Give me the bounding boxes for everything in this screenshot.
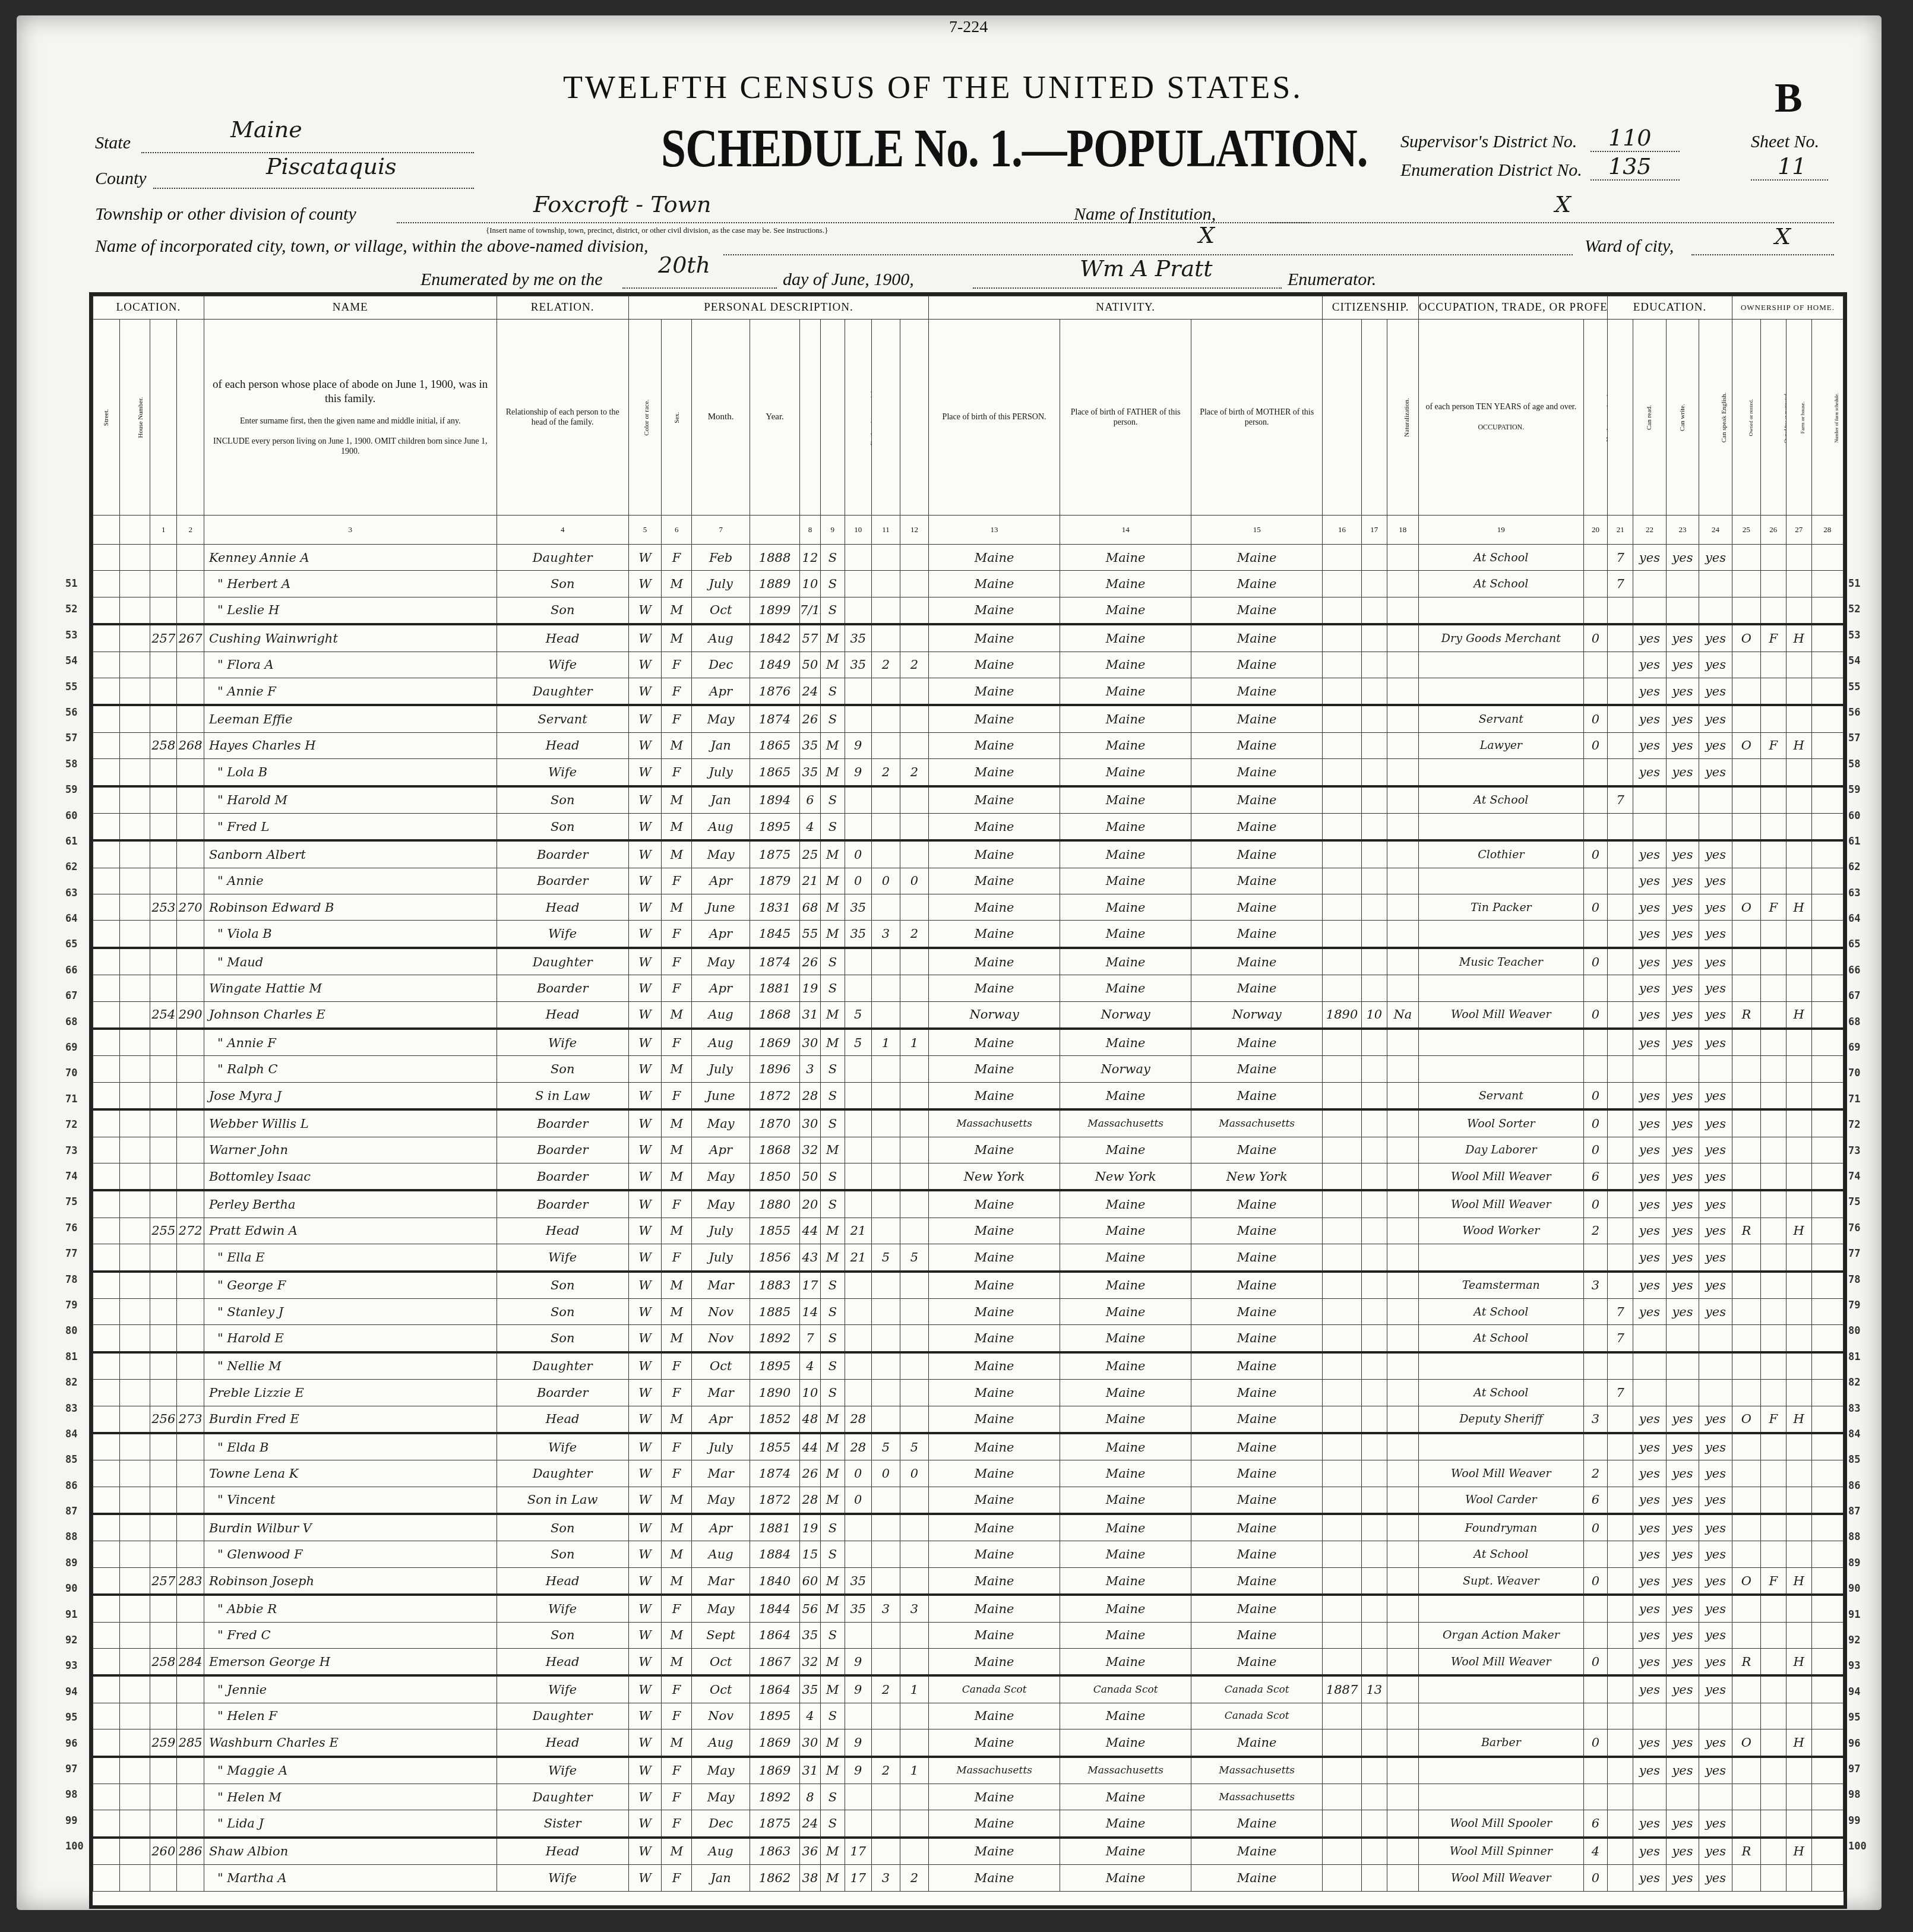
cell-own [1732,868,1760,894]
cell-ym: 0 [845,868,871,894]
line-number: 87 [1848,1499,1867,1525]
cell-nat [1387,1380,1418,1406]
cell-unemp [1583,1298,1607,1324]
cell-free [1760,1109,1786,1137]
day-line [622,287,777,289]
cell-nat [1387,1838,1418,1865]
cell-farm [1786,1622,1811,1648]
cell-farm [1786,678,1811,705]
cell-farm: H [1786,1649,1811,1676]
cell-bp: Maine [929,652,1060,678]
cell-bm: Maine [1191,786,1323,814]
cell-free [1760,1757,1786,1784]
cell-school [1608,652,1633,678]
cell-speak: yes [1699,705,1732,732]
cell-dwelling [150,1810,176,1838]
cell-sched [1811,1433,1843,1460]
cell-month: Aug [691,813,750,840]
cell-month: Aug [691,624,750,652]
line-number: 52 [65,597,84,622]
cell-year: 1863 [750,1838,799,1865]
cell-school [1608,1109,1633,1137]
table-row: Bottomley IsaacBoarderWMMay185050SNew Yo… [93,1163,1844,1190]
right-line-numbers: 5152535455565758596061626364656667686970… [1848,571,1867,1860]
cell-write: yes [1666,1137,1699,1163]
cell-living [900,1352,928,1380]
line-number: 89 [65,1551,84,1576]
cell-marital: M [821,1567,845,1595]
cell-marital: M [821,1757,845,1784]
cell-house [120,759,150,786]
cell-year: 1849 [750,652,799,678]
cell-color: W [628,1703,662,1729]
cell-nat [1387,705,1418,732]
cell-yrs [1361,840,1387,868]
cell-write: yes [1666,652,1699,678]
cell-school [1608,759,1633,786]
cell-sched [1811,652,1843,678]
cell-dwelling [150,545,176,571]
cell-house [120,1487,150,1514]
cell-street [93,678,120,705]
cell-bf: Maine [1060,1433,1191,1460]
cell-farm [1786,1810,1811,1838]
cell-bm: Maine [1191,894,1323,921]
cell-marital: S [821,1298,845,1324]
cell-imm [1323,1460,1362,1487]
cell-farm [1786,571,1811,597]
family-col: Number of family, in the order of visita… [177,320,204,516]
year-col: Year. [750,320,799,516]
cell-read: yes [1633,1595,1667,1622]
cell-school [1608,1810,1633,1838]
cell-imm [1323,1838,1362,1865]
cell-bp: Maine [929,759,1060,786]
cell-write: yes [1666,1567,1699,1595]
cell-bp: Maine [929,1622,1060,1648]
cell-sex: F [662,948,692,975]
cell-living: 3 [900,1595,928,1622]
cell-farm [1786,1460,1811,1487]
table-row: " Fred CSonWMSept186435SMaineMaineMaineO… [93,1622,1844,1648]
cell-farm [1786,1298,1811,1324]
state-value: Maine [230,116,302,143]
cell-free [1760,1001,1786,1029]
cell-name: " Helen F [204,1703,497,1729]
cell-dwelling [150,652,176,678]
cell-dwelling [150,1433,176,1460]
cell-own [1732,1865,1760,1891]
line-number: 86 [1848,1473,1867,1499]
cell-sched [1811,1541,1843,1567]
left-line-numbers: 5152535455565758596061626364656667686970… [65,571,84,1860]
cell-bf: Maine [1060,1460,1191,1487]
cell-own [1732,1622,1760,1648]
cell-speak [1699,1352,1732,1380]
cell-relation: Wife [497,1029,628,1056]
cell-bm: Maine [1191,624,1323,652]
cell-sched [1811,1380,1843,1406]
house-number-col: House Number. [120,320,150,516]
cell-dwelling [150,1595,176,1622]
cell-school [1608,1056,1633,1082]
cell-ym [845,678,871,705]
cell-write [1666,571,1699,597]
cell-color: W [628,1218,662,1244]
cell-name: Sanborn Albert [204,840,497,868]
cell-living [900,1001,928,1029]
cell-farm [1786,545,1811,571]
cell-bp: Maine [929,1703,1060,1729]
cell-write: yes [1666,975,1699,1001]
years-us-col: Number of years in the United States. [1361,320,1387,516]
cell-read: yes [1633,1272,1667,1299]
cell-month: July [691,759,750,786]
cell-yrs [1361,1784,1387,1810]
cell-family [177,678,204,705]
cell-relation: Daughter [497,678,628,705]
cell-unemp [1583,545,1607,571]
cell-sex: F [662,868,692,894]
cell-family: 286 [177,1838,204,1865]
cell-mother [872,786,900,814]
cell-year: 1865 [750,759,799,786]
cell-mother [872,1784,900,1810]
cell-imm [1323,1325,1362,1352]
cell-color: W [628,1460,662,1487]
cell-house [120,786,150,814]
cell-nat [1387,975,1418,1001]
column-number: 26 [1760,516,1786,545]
cell-street [93,1460,120,1487]
cell-name: " Nellie M [204,1352,497,1380]
cell-age: 60 [799,1567,820,1595]
cell-mother [872,840,900,868]
cell-read: yes [1633,1838,1667,1865]
line-number: 92 [65,1628,84,1653]
enumerator-name: Wm A Pratt [1080,255,1213,282]
cell-bf: Norway [1060,1056,1191,1082]
cell-school [1608,1541,1633,1567]
cell-yrs [1361,786,1387,814]
line-number: 51 [1848,571,1867,597]
cell-mother: 2 [872,1757,900,1784]
cell-imm [1323,1729,1362,1757]
cell-occ: Wool Mill Spooler [1418,1810,1583,1838]
cell-speak: yes [1699,1190,1732,1218]
cell-bp: Maine [929,1729,1060,1757]
line-number: 86 [65,1473,84,1499]
cell-month: Jan [691,786,750,814]
cell-yrs: 13 [1361,1675,1387,1703]
personal-description-header: PERSONAL DESCRIPTION. [628,296,928,320]
cell-occ: Servant [1418,705,1583,732]
cell-marital: M [821,1838,845,1865]
cell-write [1666,1325,1699,1352]
cell-marital: M [821,1029,845,1056]
cell-speak: yes [1699,1675,1732,1703]
cell-free [1760,1137,1786,1163]
cell-bp: Maine [929,732,1060,758]
cell-color: W [628,545,662,571]
cell-sched [1811,545,1843,571]
cell-bp: Maine [929,1190,1060,1218]
cell-school: 7 [1608,1325,1633,1352]
cell-mother: 3 [872,1595,900,1622]
cell-write: yes [1666,1487,1699,1514]
cell-bf: Maine [1060,571,1191,597]
cell-write: yes [1666,759,1699,786]
cell-unemp: 6 [1583,1487,1607,1514]
cell-dwelling: 257 [150,1567,176,1595]
cell-bm: New York [1191,1163,1323,1190]
ownership-header: OWNERSHIP OF HOME. [1732,296,1843,320]
cell-nat [1387,1433,1418,1460]
cell-living: 1 [900,1675,928,1703]
cell-house [120,813,150,840]
cell-mother [872,1622,900,1648]
cell-relation: Daughter [497,1784,628,1810]
enumerated-prefix: Enumerated by me on the [420,270,603,290]
cell-age: 28 [799,1082,820,1109]
cell-bp: Maine [929,1460,1060,1487]
cell-school [1608,732,1633,758]
cell-read: yes [1633,1433,1667,1460]
cell-mother [872,1810,900,1838]
cell-living: 2 [900,1865,928,1891]
cell-relation: Son [497,1298,628,1324]
cell-sex: M [662,1729,692,1757]
cell-living [900,813,928,840]
cell-bf: Maine [1060,652,1191,678]
cell-relation: Son [497,1514,628,1541]
cell-color: W [628,1675,662,1703]
cell-house [120,1190,150,1218]
line-number: 81 [1848,1345,1867,1370]
cell-farm [1786,759,1811,786]
cell-age: 19 [799,975,820,1001]
cell-imm [1323,1406,1362,1433]
line-number: 77 [65,1241,84,1267]
cell-bp: Maine [929,1541,1060,1567]
table-row: Kenney Annie ADaughterWFFeb188812SMaineM… [93,545,1844,571]
cell-read [1633,1056,1667,1082]
line-number: 55 [1848,675,1867,700]
table-row: " Elda BWifeWFJuly185544M2855MaineMaineM… [93,1433,1844,1460]
cell-write: yes [1666,1675,1699,1703]
cell-bm: Maine [1191,1082,1323,1109]
cell-read: yes [1633,1757,1667,1784]
cell-color: W [628,732,662,758]
census-rows: Kenney Annie ADaughterWFFeb188812SMaineM… [93,545,1844,1892]
cell-living [900,1729,928,1757]
cell-sex: M [662,1001,692,1029]
cell-imm [1323,1649,1362,1676]
cell-free [1760,1298,1786,1324]
cell-yrs [1361,1272,1387,1299]
cell-read: yes [1633,624,1667,652]
cell-ym [845,705,871,732]
cell-house [120,1380,150,1406]
column-number: 11 [872,516,900,545]
cell-write: yes [1666,1757,1699,1784]
cell-read [1633,1352,1667,1380]
cell-name: " Ella E [204,1244,497,1272]
cell-school [1608,894,1633,921]
cell-marital: M [821,1406,845,1433]
cell-living [900,1325,928,1352]
cell-sex: M [662,1514,692,1541]
cell-sex: F [662,1380,692,1406]
cell-sex: M [662,1298,692,1324]
cell-write: yes [1666,1082,1699,1109]
cell-mother [872,894,900,921]
cell-mother [872,1001,900,1029]
cell-read: yes [1633,868,1667,894]
cell-own [1732,1433,1760,1460]
cell-house [120,624,150,652]
cell-living [900,1514,928,1541]
cell-relation: Head [497,1406,628,1433]
cell-month: Dec [691,1810,750,1838]
cell-imm [1323,1029,1362,1056]
cell-living [900,1298,928,1324]
cell-living: 2 [900,759,928,786]
cell-house [120,1298,150,1324]
cell-ym [845,1082,871,1109]
cell-age: 31 [799,1757,820,1784]
cell-read [1633,813,1667,840]
cell-marital: M [821,1433,845,1460]
cell-sched [1811,1109,1843,1137]
cell-bm: Maine [1191,705,1323,732]
cell-farm [1786,1514,1811,1541]
cell-sched [1811,1298,1843,1324]
cell-imm [1323,1595,1362,1622]
cell-color: W [628,1380,662,1406]
cell-school [1608,1838,1633,1865]
cell-sex: F [662,1352,692,1380]
cell-read: yes [1633,732,1667,758]
cell-occ: Wool Mill Weaver [1418,1865,1583,1891]
cell-living [900,1784,928,1810]
line-number: 90 [65,1576,84,1602]
column-number: 24 [1699,516,1732,545]
cell-living [900,678,928,705]
cell-relation: Wife [497,1433,628,1460]
cell-yrs [1361,1380,1387,1406]
cell-bp: Maine [929,678,1060,705]
relation-header: RELATION. [497,296,628,320]
cell-marital: M [821,1487,845,1514]
cell-dwelling [150,1190,176,1218]
cell-month: Aug [691,1001,750,1029]
cell-read: yes [1633,545,1667,571]
cell-marital: S [821,1784,845,1810]
cell-dwelling [150,571,176,597]
cell-write: yes [1666,1838,1699,1865]
line-number: 67 [1848,984,1867,1009]
cell-bf: Maine [1060,1487,1191,1514]
cell-color: W [628,813,662,840]
cell-family: 272 [177,1218,204,1244]
cell-age: 14 [799,1298,820,1324]
cell-occ: Organ Action Maker [1418,1622,1583,1648]
line-number: 75 [1848,1190,1867,1215]
cell-bp: Maine [929,624,1060,652]
cell-ym [845,1784,871,1810]
table-row: " Abbie RWifeWFMay184456M3533MaineMaineM… [93,1595,1844,1622]
column-number: 21 [1608,516,1633,545]
cell-age: 43 [799,1244,820,1272]
cell-bp: Maine [929,1298,1060,1324]
occupation-col: of each person TEN YEARS of age and over… [1418,320,1583,516]
cell-yrs [1361,1595,1387,1622]
cell-occ: At School [1418,1380,1583,1406]
cell-free [1760,1460,1786,1487]
cell-marital: M [821,1218,845,1244]
cell-family [177,1675,204,1703]
cell-imm [1323,1514,1362,1541]
cell-relation: Servant [497,705,628,732]
cell-relation: Head [497,624,628,652]
cell-own: R [1732,1001,1760,1029]
cell-own [1732,1514,1760,1541]
cell-street [93,1838,120,1865]
cell-marital: M [821,1460,845,1487]
cell-imm [1323,571,1362,597]
cell-bm: Maine [1191,948,1323,975]
cell-dwelling [150,678,176,705]
cell-own: R [1732,1838,1760,1865]
cell-farm [1786,1163,1811,1190]
cell-color: W [628,1865,662,1891]
cell-speak: yes [1699,732,1732,758]
cell-color: W [628,1325,662,1352]
table-row: 253270Robinson Edward BHeadWMJune183168M… [93,894,1844,921]
cell-name: Perley Bertha [204,1190,497,1218]
cell-free [1760,545,1786,571]
cell-sched [1811,1514,1843,1541]
cell-relation: Head [497,1567,628,1595]
cell-family [177,652,204,678]
cell-unemp [1583,1433,1607,1460]
cell-bp: Maine [929,1838,1060,1865]
cell-mother [872,948,900,975]
cell-age: 31 [799,1001,820,1029]
cell-family [177,705,204,732]
cell-color: W [628,571,662,597]
cell-unemp [1583,571,1607,597]
cell-marital: S [821,786,845,814]
cell-dwelling: 258 [150,732,176,758]
cell-age: 50 [799,652,820,678]
cell-read: yes [1633,840,1667,868]
cell-farm [1786,1325,1811,1352]
cell-living [900,1190,928,1218]
cell-marital: S [821,975,845,1001]
cell-living [900,894,928,921]
cell-farm [1786,1272,1811,1299]
cell-living [900,1272,928,1299]
cell-nat [1387,894,1418,921]
cell-relation: Head [497,894,628,921]
cell-bf: Maine [1060,597,1191,624]
table-row: " Ralph CSonWMJuly18963SMaineNorwayMaine [93,1056,1844,1082]
location-header: LOCATION. [93,296,204,320]
table-row: " Lola BWifeWFJuly186535M922MaineMaineMa… [93,759,1844,786]
cell-occ: At School [1418,1298,1583,1324]
